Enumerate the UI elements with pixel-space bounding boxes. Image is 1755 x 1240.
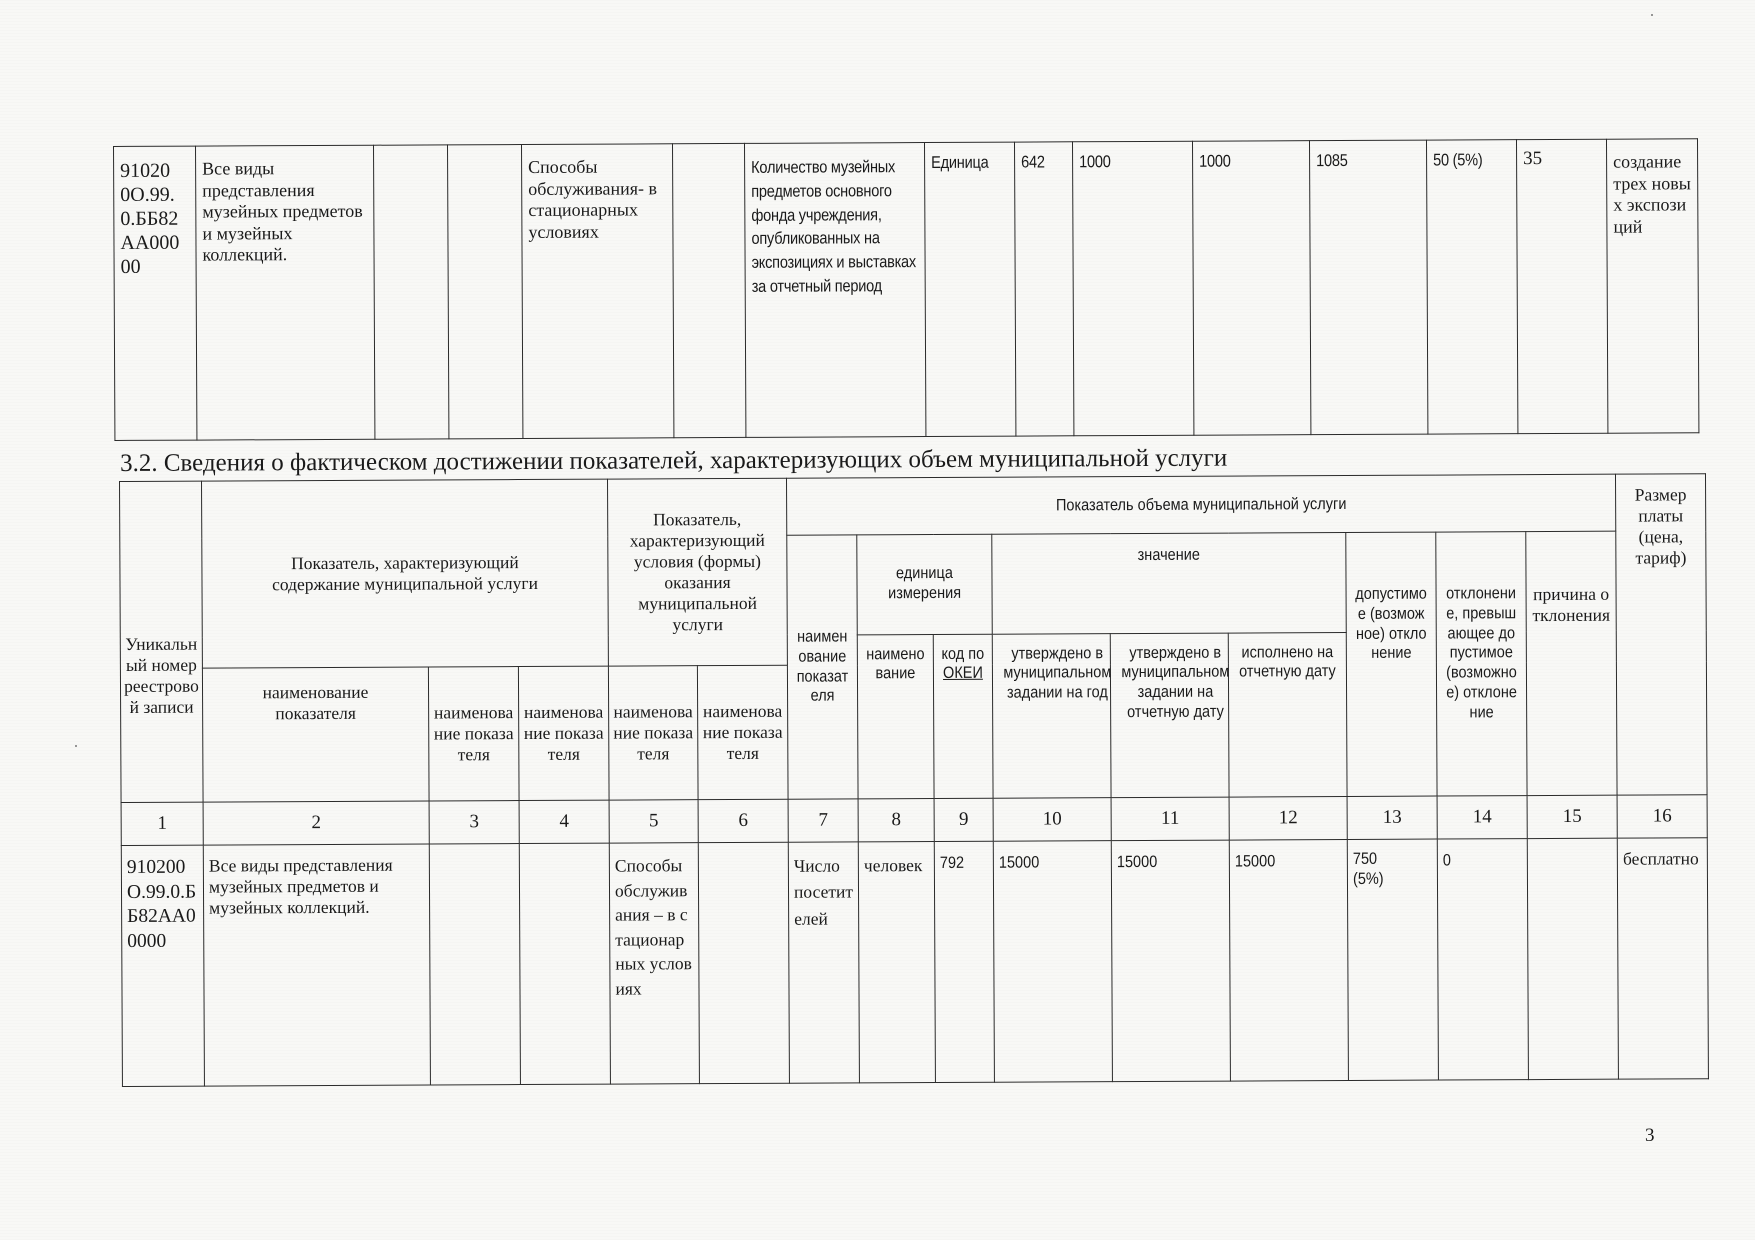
column-number: 8	[858, 799, 934, 842]
unit-header: единица измерения	[857, 534, 992, 634]
indicator-name: Количество музейных предметов основного …	[751, 155, 918, 299]
excess-deviation-cell: 0	[1437, 839, 1528, 1080]
col5-header: наименование показателя	[608, 666, 698, 800]
registry-number-line: 00	[121, 256, 141, 278]
column-number: 2	[203, 801, 429, 845]
column-number: 13	[1347, 796, 1437, 839]
column-number: 10	[993, 798, 1111, 842]
service-name-cell: Все виды представления музейных предмето…	[196, 145, 375, 440]
reason-header: причина отклонения	[1526, 531, 1617, 795]
executed: 15000	[1235, 852, 1275, 872]
service-name-cell: Все виды представления музейных предмето…	[203, 844, 430, 1086]
approved-year-cell: 15000	[993, 841, 1112, 1083]
approved-year-header: утверждено в муниципальном задании на го…	[992, 633, 1111, 798]
executed-cell: 15000	[1229, 840, 1348, 1082]
unit-name-header-text: наименование	[865, 645, 926, 685]
registry-number-line: АА000	[120, 232, 179, 254]
column-number: 1	[121, 802, 203, 845]
fee-header-text: Размер платы (цена, тариф)	[1635, 484, 1687, 567]
reason-text: создание трех новых экспозиций	[1613, 151, 1691, 236]
col4-cell	[447, 145, 522, 439]
quality-indicators-table-continuation: 91020 0О.99. 0.ББ82 АА000 00 Все виды пр…	[113, 138, 1699, 441]
section-title: 3.2. Сведения о фактическом достижении п…	[120, 445, 1227, 478]
approved-year: 1000	[1079, 150, 1186, 174]
approved-date: 1000	[1199, 149, 1303, 173]
registry-number-cell: 91020 0О.99. 0.ББ82 АА000 00	[114, 146, 197, 440]
col6-cell	[672, 143, 745, 437]
column-number: 12	[1229, 797, 1347, 841]
service-name: Все виды представления музейных предмето…	[202, 158, 363, 265]
col4-header: наименование показателя	[518, 666, 609, 800]
okei-header: код по ОКЕИ	[933, 634, 993, 799]
approved-date-cell: 15000	[1111, 840, 1230, 1082]
allowed-deviation: 50 (5%)	[1433, 148, 1485, 172]
okei-code-cell: 642	[1014, 142, 1073, 436]
indicator-name-cell: Число посетителей	[788, 842, 859, 1083]
scan-speck	[75, 745, 77, 747]
fee-value: бесплатно	[1623, 848, 1699, 868]
condition-indicator-header-text: Показатель, характеризующий условия (фор…	[630, 509, 765, 634]
col6-cell	[698, 842, 789, 1083]
column-number: 4	[519, 800, 609, 843]
indicator-name-header-text: наименование показателя	[795, 627, 851, 706]
approved-date-header: утверждено в муниципальном задании на от…	[1110, 633, 1229, 798]
condition-indicator-header: Показатель, характеризующий условия (фор…	[607, 478, 787, 666]
indicator-name: Число посетителей	[794, 855, 853, 928]
allowed-deviation-header: допустимое (возможное) отклонение	[1346, 532, 1437, 796]
indicator-name-header: наименование показателя	[787, 535, 858, 799]
approved-date-cell: 1000	[1192, 141, 1310, 436]
executed: 1085	[1316, 149, 1420, 173]
approved-year-cell: 1000	[1072, 141, 1193, 436]
column-number: 15	[1527, 795, 1617, 838]
col3-cell	[429, 844, 520, 1085]
condition-cell: Способы обслуживания – в стационарных ус…	[609, 843, 699, 1084]
excess-deviation: 0	[1443, 851, 1451, 871]
executed-cell: 1085	[1309, 140, 1427, 435]
reason-header-text: причина отклонения	[1532, 584, 1610, 625]
approved-date-header-text: утверждено в муниципальном задании на от…	[1121, 643, 1229, 723]
allowed-deviation-header-text: допустимое (возможное) отклонение	[1355, 585, 1428, 665]
approved-date: 15000	[1117, 853, 1157, 873]
column-number: 3	[429, 801, 519, 844]
column-number: 11	[1111, 797, 1229, 841]
value-header-text: значение	[1138, 546, 1200, 566]
indicator-name-cell: Количество музейных предметов основного …	[744, 143, 925, 438]
excess-deviation-header-text: отклонение, превышающее допустимое (возм…	[1445, 584, 1519, 723]
col6-header: наименование показателя	[697, 665, 788, 799]
condition-text: Способы обслуживания – в стационарных ус…	[615, 855, 692, 998]
col3-header-text: наименование показателя	[434, 702, 514, 764]
approved-year: 15000	[999, 854, 1039, 874]
condition-cell: Способы обслуживания- в стационарных усл…	[521, 144, 673, 439]
registry-number-line: 0О.99.	[120, 184, 175, 206]
content-name-header: наименование показателя	[202, 667, 429, 802]
approved-year-header-text: утверждено в муниципальном задании на го…	[1003, 644, 1111, 704]
reason-cell	[1527, 838, 1618, 1079]
content-name-header-text: наименование показателя	[245, 682, 385, 725]
allowed-deviation-cell: 50 (5%)	[1426, 140, 1517, 434]
allowed-deviation: 750 (5%)	[1353, 850, 1397, 890]
registry-number-line: 0.ББ82	[120, 208, 178, 230]
condition-text: Способы обслуживания- в стационарных усл…	[528, 157, 657, 242]
unit-name-cell: человек	[858, 842, 935, 1083]
content-indicator-header-text: Показатель, характеризующий содержание м…	[260, 552, 550, 595]
volume-indicators-table: Уникальный номер реестровой записи Показ…	[119, 473, 1709, 1087]
registry-number: 910200О.99.0.ББ82АА00000	[127, 857, 196, 952]
excess-deviation: 35	[1523, 148, 1542, 169]
col6-header-text: наименование показателя	[703, 701, 783, 763]
col3-header: наименование показателя	[428, 667, 519, 801]
okei-link: ОКЕИ	[943, 664, 983, 682]
scan-speck	[1651, 14, 1653, 16]
table-row: 91020 0О.99. 0.ББ82 АА000 00 Все виды пр…	[114, 139, 1699, 441]
page-number: 3	[1645, 1125, 1655, 1147]
column-number: 9	[934, 798, 993, 841]
unique-number-header: Уникальный номер реестровой записи	[120, 481, 204, 802]
unit-name-header: наименование	[857, 634, 934, 799]
column-number: 7	[788, 799, 858, 842]
allowed-deviation-cell: 750 (5%)	[1347, 839, 1438, 1080]
okei-code: 792	[940, 854, 964, 874]
executed-header: исполнено на отчетную дату	[1228, 632, 1347, 797]
unit-name: Единица	[931, 151, 1008, 175]
unique-number-header-text: Уникальный номер реестровой записи	[124, 633, 199, 716]
excess-deviation-header: отклонение, превышающее допустимое (возм…	[1436, 532, 1527, 796]
column-number: 5	[609, 800, 698, 843]
unit-header-text: единица измерения	[868, 564, 981, 604]
header-row-1: Уникальный номер реестровой записи Показ…	[120, 474, 1706, 539]
col4-header-text: наименование показателя	[524, 702, 604, 764]
executed-header-text: исполнено на отчетную дату	[1238, 643, 1336, 683]
unit-name: человек	[864, 855, 923, 875]
column-number: 16	[1617, 795, 1707, 838]
column-number-row: 1 2 3 4 5 6 7 8 9 10 11 12 13 14 15 16	[121, 795, 1707, 846]
fee-header: Размер платы (цена, тариф)	[1616, 474, 1708, 795]
okei-header-text: код по ОКЕИ	[940, 644, 986, 684]
reason-cell: создание трех новых экспозиций	[1606, 139, 1698, 433]
value-header: значение	[992, 533, 1346, 634]
col3-cell	[373, 145, 448, 439]
column-number: 6	[698, 799, 788, 842]
registry-number-line: 91020	[120, 160, 170, 182]
excess-deviation-cell: 35	[1516, 139, 1607, 433]
volume-indicator-header-text: Показатель объема муниципальной услуги	[1056, 495, 1347, 516]
col5-header-text: наименование показателя	[613, 701, 693, 763]
okei-code-cell: 792	[934, 841, 994, 1082]
fee-cell: бесплатно	[1617, 838, 1708, 1079]
content-indicator-header: Показатель, характеризующий содержание м…	[202, 479, 609, 668]
col4-cell	[519, 843, 610, 1084]
unit-name-cell: Единица	[924, 142, 1015, 436]
table-row: 910200О.99.0.ББ82АА00000 Все виды предст…	[121, 838, 1708, 1087]
service-name: Все виды представления музейных предмето…	[209, 855, 393, 918]
okei-code: 642	[1021, 150, 1066, 174]
volume-indicator-header: Показатель объема муниципальной услуги	[787, 474, 1616, 535]
registry-number-cell: 910200О.99.0.ББ82АА00000	[121, 845, 204, 1086]
column-number: 14	[1437, 796, 1527, 839]
